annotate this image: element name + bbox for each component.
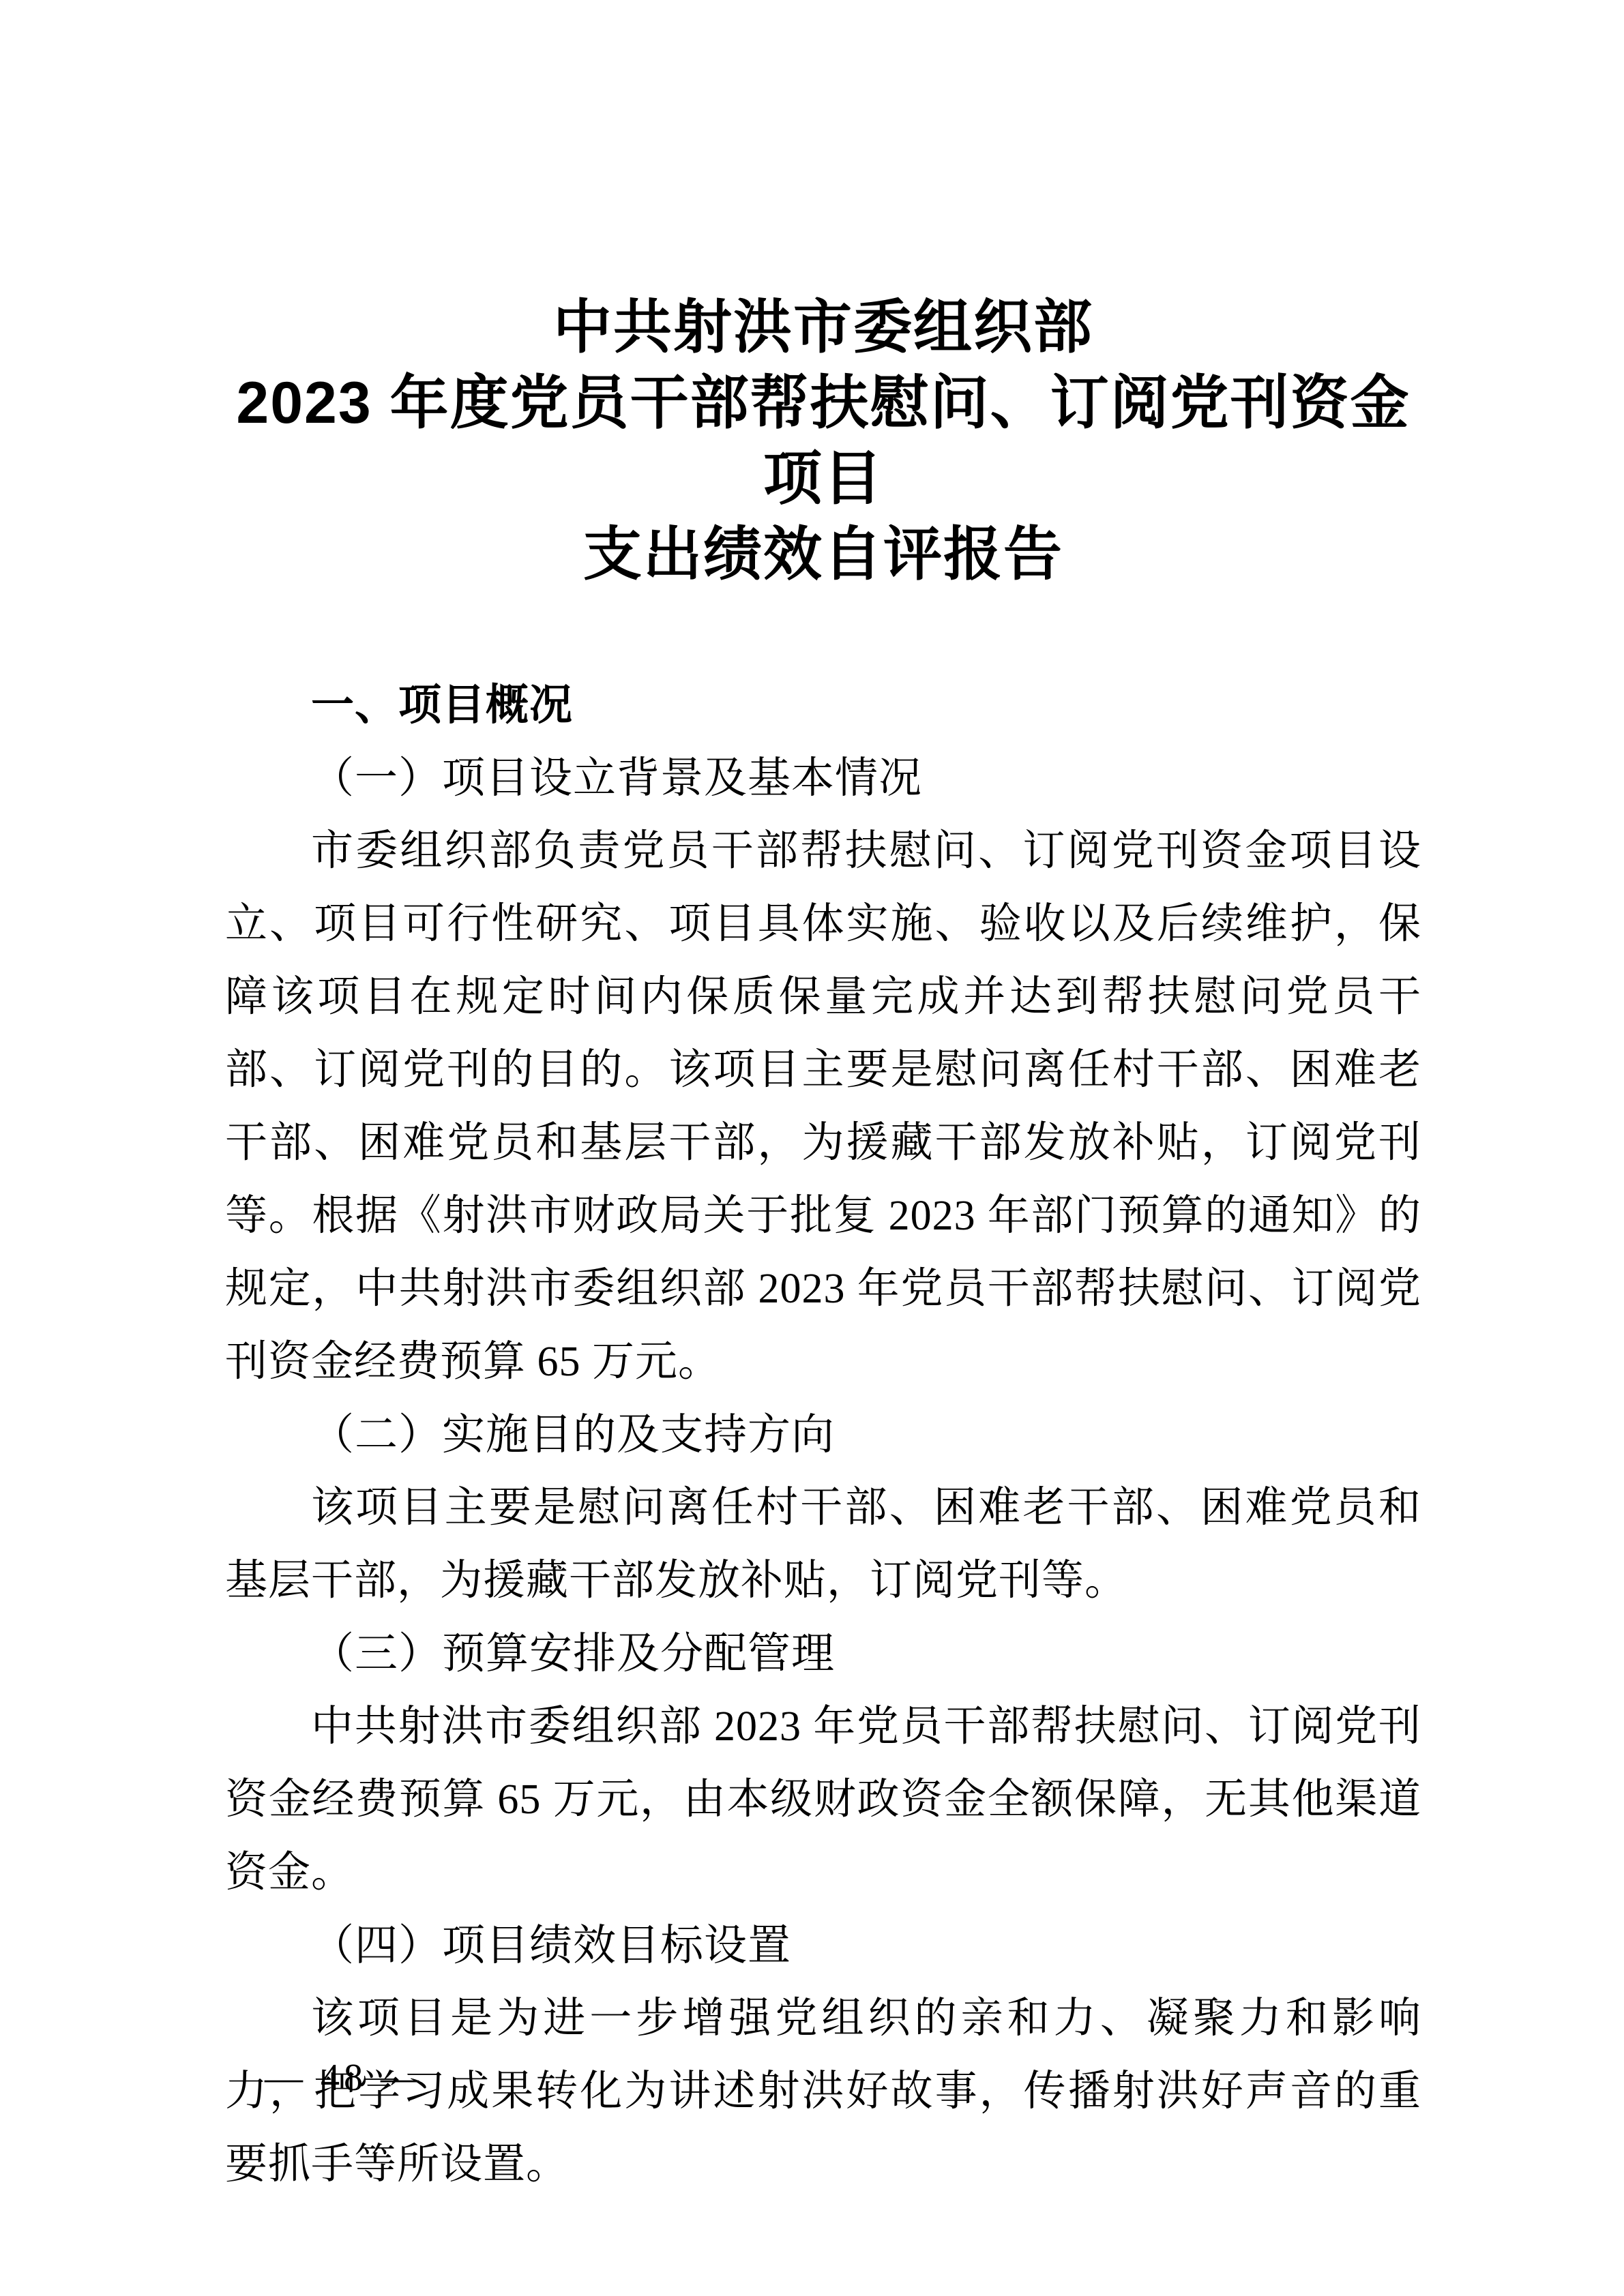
subsection-heading-2: （二）实施目的及支持方向	[225, 1399, 1421, 1472]
subsection-paragraph-1: 市委组织部负责党员干部帮扶慰问、订阅党刊资金项目设立、项目可行性研究、项目具体实…	[225, 815, 1421, 1399]
subsection-1: （一）项目设立背景及基本情况 市委组织部负责党员干部帮扶慰问、订阅党刊资金项目设…	[225, 742, 1421, 1399]
document-page: 中共射洪市委组织部 2023 年度党员干部帮扶慰问、订阅党刊资金项目 支出绩效自…	[0, 0, 1624, 2296]
subsection-heading-3: （三）预算安排及分配管理	[225, 1617, 1421, 1690]
chapter-heading: 一、项目概况	[225, 669, 1421, 742]
subsection-heading-4: （四）项目绩效目标设置	[225, 1909, 1421, 1982]
document-content: 中共射洪市委组织部 2023 年度党员干部帮扶慰问、订阅党刊资金项目 支出绩效自…	[225, 290, 1421, 2201]
doc-title: 中共射洪市委组织部 2023 年度党员干部帮扶慰问、订阅党刊资金项目 支出绩效自…	[225, 290, 1421, 593]
doc-title-line-1: 中共射洪市委组织部	[225, 290, 1421, 366]
subsection-3: （三）预算安排及分配管理 中共射洪市委组织部 2023 年党员干部帮扶慰问、订阅…	[225, 1617, 1421, 1909]
doc-title-line-3: 支出绩效自评报告	[225, 517, 1421, 593]
doc-title-line-2: 2023 年度党员干部帮扶慰问、订阅党刊资金项目	[225, 366, 1421, 517]
page-number: — 48 —	[265, 2055, 423, 2100]
subsection-heading-1: （一）项目设立背景及基本情况	[225, 742, 1421, 815]
subsection-paragraph-3: 中共射洪市委组织部 2023 年党员干部帮扶慰问、订阅党刊资金经费预算 65 万…	[225, 1690, 1421, 1909]
subsection-paragraph-2: 该项目主要是慰问离任村干部、困难老干部、困难党员和基层干部，为援藏干部发放补贴，…	[225, 1472, 1421, 1617]
subsection-2: （二）实施目的及支持方向 该项目主要是慰问离任村干部、困难老干部、困难党员和基层…	[225, 1399, 1421, 1617]
